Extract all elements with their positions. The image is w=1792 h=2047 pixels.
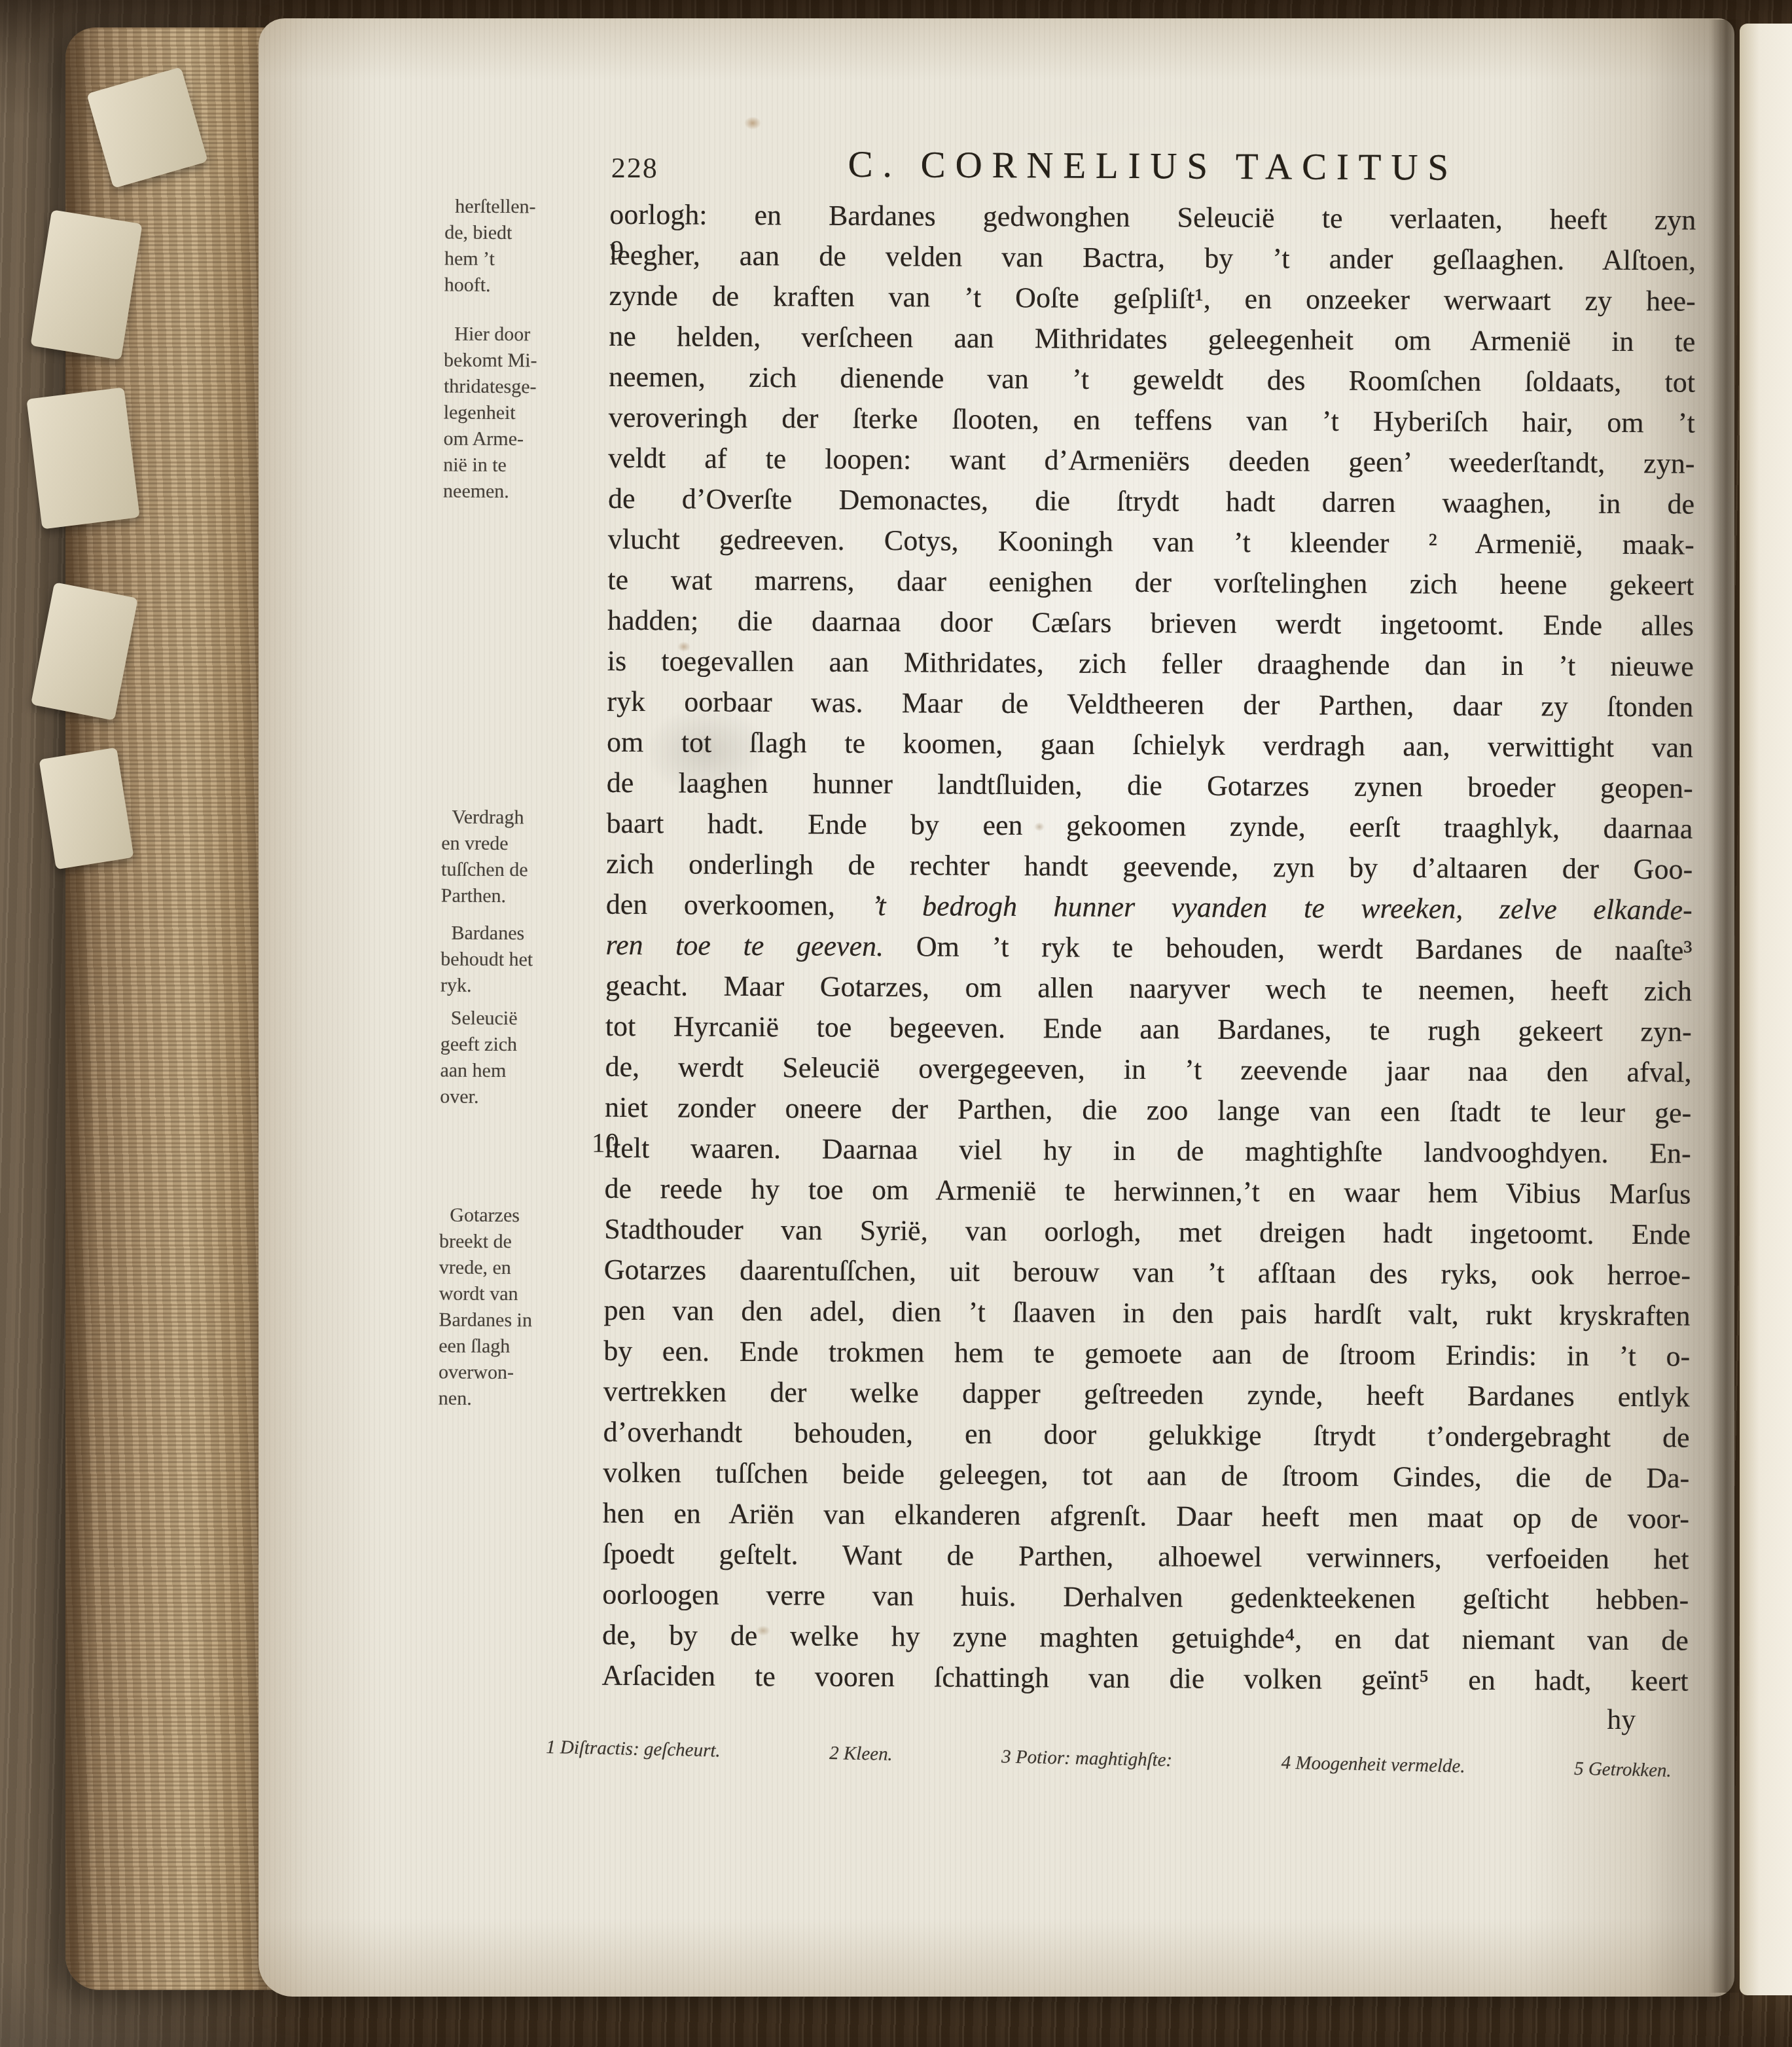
margin-note: Hier doorbekomt Mi-thridatesge-legenheit… (443, 321, 572, 505)
italic-quotation: ren toe te geeven. (605, 929, 884, 962)
text-line: hen en Ariën van elkanderen afgrenſt. Da… (603, 1493, 1689, 1540)
text-line: oorlogh: en Bardanes gedwonghen Seleucië… (609, 194, 1696, 241)
text-segment: vertrekken der welke dapper geſtreeden z… (603, 1375, 1690, 1413)
margin-note-line: thridatesge- (444, 374, 572, 401)
text-segment: te wat marrens, daar eenighen der vorſte… (607, 564, 1694, 602)
margin-note-line: Seleucië (440, 1005, 569, 1032)
text-line: tot Hyrcanië toe begeeven. Ende aan Bard… (605, 1006, 1692, 1053)
text-segment: de, werdt Seleucië overgegeeven, in ’t z… (605, 1051, 1691, 1089)
text-line: Stadthouder van Syrië, van oorlogh, met … (604, 1209, 1691, 1256)
text-line: vlucht gedreeven. Cotys, Kooningh van ’t… (608, 519, 1694, 566)
text-line: baart hadt. Ende by een gekoomen zynde, … (606, 803, 1693, 850)
footnote: 4 Moogenheit vermelde. (1281, 1752, 1465, 1777)
text-segment: de d’Overſte Demonactes, die ſtrydt hadt… (608, 482, 1694, 520)
text-line: zynde de kraften van ’t Ooſte geſpliſt¹,… (609, 276, 1696, 322)
text-segment: vlucht gedreeven. Cotys, Kooningh van ’t… (608, 523, 1694, 561)
text-line: de, werdt Seleucië overgegeeven, in ’t z… (605, 1047, 1691, 1093)
text-line: volken tuſſchen beide geleegen, tot aan … (603, 1453, 1689, 1499)
margin-note-line: Verdragh (441, 805, 569, 831)
text-line: vertrekken der welke dapper geſtreeden z… (603, 1371, 1690, 1418)
text-segment: veroveringh der ſterke ſlooten, en teffe… (609, 401, 1695, 439)
margin-note-line: vrede, en (439, 1254, 567, 1281)
text-line: ſpoedt geſtelt. Want de Parthen, alhoewe… (602, 1534, 1689, 1580)
margin-note-line: hooft. (444, 272, 573, 299)
margin-note-line: wordt van (439, 1280, 567, 1307)
margin-note-line: Gotarzes (439, 1202, 567, 1229)
text-line: veldt af te loopen: want d’Armeniërs dee… (608, 438, 1694, 484)
margin-note-line: Hier door (444, 321, 572, 348)
text-segment: pen van den adel, dien ’t ſlaaven in den… (603, 1294, 1690, 1332)
margin-note-line: nen. (439, 1385, 567, 1412)
margin-note: Seleuciëgeeft zichaan hemover. (440, 1005, 569, 1111)
page-gutter-shadow (1710, 20, 1741, 1993)
text-line: de reede hy toe om Armenië te herwinnen,… (604, 1168, 1691, 1215)
margin-note: Verdraghen vredetuſſchen deParthen. (441, 805, 570, 910)
margin-note: Bardanesbehoudt hetryk. (440, 920, 569, 999)
text-line: ren toe te geeven. Om ’t ryk te behouden… (605, 925, 1692, 971)
text-segment: veldt af te loopen: want d’Armeniërs dee… (608, 442, 1694, 480)
text-segment: oorlogh: en Bardanes gedwonghen Seleucië… (609, 198, 1696, 236)
parchment-tab (26, 388, 139, 530)
text-line: den overkoomen, ’t bedrogh hunner vyande… (606, 884, 1693, 931)
running-title: C. CORNELIUS TACITUS (610, 142, 1696, 190)
text-segment: den overkoomen, (606, 888, 872, 922)
margin-note-line: behoudt het (440, 946, 569, 973)
text-segment: ryk oorbaar was. Maar de Veldtheeren der… (607, 685, 1693, 723)
text-segment: by een. Ende trokmen hem te gemoete aan … (603, 1335, 1690, 1373)
text-segment: niet zonder oneere der Parthen, die zoo … (605, 1091, 1691, 1129)
margin-note-line: de, biedt (444, 220, 573, 247)
italic-quotation: ’t bedrogh hunner vyanden te wreeken, ze… (871, 890, 1693, 926)
text-segment: ne helden, verſcheen aan Mithridates gel… (609, 320, 1695, 358)
book-page: 228 C. CORNELIUS TACITUS herſtellen-de, … (259, 18, 1734, 1997)
next-page-edge (1740, 24, 1792, 1995)
text-segment: hadden; die daarnaa door Cæſars brieven … (607, 604, 1694, 642)
margin-note-line: nië in te (443, 452, 571, 479)
text-segment: zich onderlingh de rechter handt geevend… (606, 848, 1693, 886)
text-segment: Om ’t ryk te behouden, werdt Bardanes de… (884, 930, 1693, 966)
margin-note-line: ryk. (440, 972, 569, 999)
text-segment: de laaghen hunner landtſluiden, die Gota… (607, 767, 1693, 805)
text-segment: om tot ſlagh te koomen, gaan ſchielyk ve… (607, 726, 1693, 764)
footnote: 5 Getrokken. (1574, 1758, 1672, 1782)
text-segment: oorloogen verre van huis. Derhalven gede… (602, 1578, 1689, 1616)
footnote: 2 Kleen. (829, 1743, 893, 1766)
margin-note-line: bekomt Mi- (444, 348, 572, 374)
text-segment: Gotarzes daarentuſſchen, uit berouw van … (604, 1254, 1691, 1292)
text-segment: baart hadt. Ende by een gekoomen zynde, … (606, 807, 1693, 845)
text-line: oorloogen verre van huis. Derhalven gede… (602, 1574, 1689, 1621)
page-content: 228 C. CORNELIUS TACITUS herſtellen-de, … (253, 14, 1740, 2001)
text-line: geacht. Maar Gotarzes, om allen naaryver… (605, 966, 1692, 1012)
photo-of-open-book: 228 C. CORNELIUS TACITUS herſtellen-de, … (0, 0, 1792, 2047)
text-line: d’overhandt behouden, en door gelukkige … (603, 1412, 1689, 1458)
margin-note-line: een ſlagh (439, 1333, 567, 1360)
text-segment: geacht. Maar Gotarzes, om allen naaryver… (605, 969, 1692, 1007)
footnote: 3 Potior: maghtighſte: (1001, 1746, 1173, 1771)
margin-note-line: aan hem (440, 1058, 568, 1085)
text-segment: ſtelt waaren. Daarnaa viel hy in de magh… (605, 1132, 1691, 1170)
text-line: niet zonder oneere der Parthen, die zoo … (605, 1087, 1691, 1134)
page-number: 228 (611, 151, 658, 185)
text-segment: Arſaciden te vooren ſchattingh van die v… (602, 1659, 1689, 1697)
text-line: de d’Overſte Demonactes, die ſtrydt hadt… (608, 479, 1694, 525)
margin-note: Gotarzesbreekt devrede, enwordt vanBarda… (439, 1202, 568, 1412)
text-line: pen van den adel, dien ’t ſlaaven in den… (603, 1290, 1690, 1337)
footnotes-row: 1 Diſtractis: geſcheurt.2 Kleen.3 Potior… (546, 1737, 1672, 1782)
text-lines: oorlogh: en Bardanes gedwonghen Seleucië… (601, 194, 1696, 1702)
text-segment: Stadthouder van Syrië, van oorlogh, met … (604, 1213, 1691, 1251)
text-line: de, by de welke hy zyne maghten getuighd… (602, 1615, 1689, 1661)
text-segment: de, by de welke hy zyne maghten getuighd… (602, 1619, 1689, 1657)
margin-note-line: om Arme- (443, 426, 571, 453)
text-line: by een. Ende trokmen hem te gemoete aan … (603, 1331, 1690, 1377)
text-line: Gotarzes daarentuſſchen, uit berouw van … (604, 1250, 1691, 1296)
text-line: ne helden, verſcheen aan Mithridates gel… (609, 316, 1695, 363)
margin-note: herſtellen-de, biedthem ’thooft. (444, 194, 573, 299)
text-line: zich onderlingh de rechter handt geevend… (606, 844, 1693, 890)
page-header: 228 C. CORNELIUS TACITUS (609, 142, 1696, 200)
text-line: veroveringh der ſterke ſlooten, en teffe… (609, 397, 1695, 444)
text-segment: ſpoedt geſtelt. Want de Parthen, alhoewe… (602, 1538, 1689, 1576)
text-segment: volken tuſſchen beide geleegen, tot aan … (603, 1457, 1689, 1494)
margin-note-line: over. (440, 1084, 568, 1111)
catchword: hy (601, 1697, 1688, 1737)
margin-note-line: hem ’t (444, 246, 573, 273)
text-line: neemen, zich dienende van ’t geweldt des… (609, 357, 1695, 403)
text-segment: is toegevallen aan Mithridates, zich fel… (607, 645, 1694, 683)
text-segment: tot Hyrcanië toe begeeven. Ende aan Bard… (605, 1010, 1692, 1048)
text-line: ſtelt waaren. Daarnaa viel hy in de magh… (605, 1128, 1691, 1174)
text-line: is toegevallen aan Mithridates, zich fel… (607, 641, 1694, 687)
margin-note-line: en vrede (441, 831, 569, 858)
text-segment: de reede hy toe om Armenië te herwinnen,… (604, 1172, 1691, 1210)
text-segment: leegher, aan de velden van Bactra, by ’t… (609, 239, 1696, 277)
text-line: te wat marrens, daar eenighen der vorſte… (607, 560, 1694, 606)
margin-note-line: Parthen. (441, 883, 569, 910)
margin-note-line: herſtellen- (444, 194, 573, 221)
margin-note-line: Bardanes (440, 920, 569, 947)
margin-notes-column: herſtellen-de, biedthem ’thooft.Hier doo… (437, 194, 602, 1798)
text-line: Arſaciden te vooren ſchattingh van die v… (601, 1656, 1688, 1702)
text-segment: hen en Ariën van elkanderen afgrenſt. Da… (603, 1497, 1689, 1535)
text-segment: neemen, zich dienende van ’t geweldt des… (609, 361, 1695, 399)
margin-note-line: breekt de (439, 1228, 567, 1255)
text-line: de laaghen hunner landtſluiden, die Gota… (607, 763, 1693, 809)
text-line: leegher, aan de velden van Bactra, by ’t… (609, 235, 1696, 281)
text-line: om tot ſlagh te koomen, gaan ſchielyk ve… (607, 722, 1693, 769)
margin-note-line: tuſſchen de (441, 857, 569, 884)
margin-note-line: legenheit (444, 400, 572, 427)
text-segment: d’overhandt behouden, en door gelukkige … (603, 1416, 1689, 1454)
margin-note-line: neemen. (443, 479, 571, 505)
margin-note-line: Bardanes in (439, 1307, 567, 1333)
text-line: ryk oorbaar was. Maar de Veldtheeren der… (607, 681, 1693, 728)
footnote: 1 Diſtractis: geſcheurt. (546, 1737, 721, 1762)
text-line: hadden; die daarnaa door Cæſars brieven … (607, 600, 1694, 647)
margin-note-line: geeft zich (440, 1032, 569, 1059)
margin-note-line: overwon- (439, 1359, 567, 1386)
text-segment: zynde de kraften van ’t Ooſte geſpliſt¹,… (609, 280, 1696, 317)
